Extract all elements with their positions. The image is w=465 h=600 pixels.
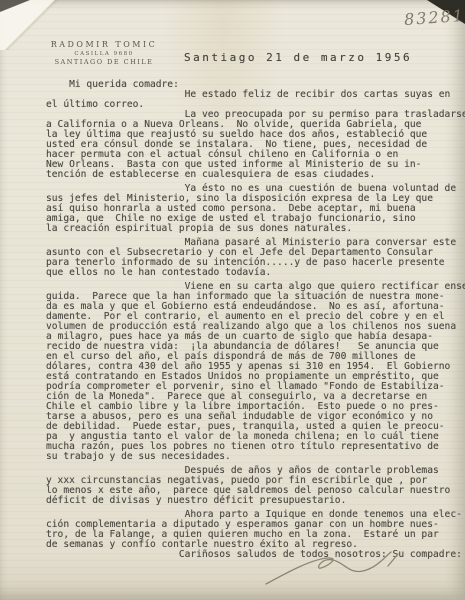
- letter-body: Mi querida comadre: He estado feliz de r…: [46, 80, 463, 560]
- letterhead-address: CASILLA 9680: [44, 51, 164, 57]
- letter-paragraph: Viene en su carta algo que quiero rectif…: [46, 282, 463, 462]
- letter-page: 83281 RADOMIR TOMIC CASILLA 9680 SANTIAG…: [0, 0, 465, 600]
- typewritten-line: tención de establecerse en cualesquiera …: [46, 170, 463, 180]
- typewritten-line: déficit de divisas y nuestro déficit pre…: [46, 496, 463, 506]
- handwritten-signature: [262, 546, 412, 600]
- letter-paragraph: La veo preocupada por su permiso para tr…: [46, 110, 463, 180]
- typewritten-line: que ellos no le han contestado todavía.: [46, 268, 463, 278]
- letter-paragraph: Mañana pasaré al Ministerio para convers…: [46, 238, 463, 278]
- letter-paragraph: Después de años y años de contarle probl…: [46, 466, 463, 506]
- typewritten-line: su trabajo y de sus necesidades.: [46, 452, 463, 462]
- letter-paragraph: Ya ésto no es una cuestión de buena volu…: [46, 184, 463, 234]
- letter-paragraph: Ahora parto a Iquique en donde tenemos u…: [46, 510, 463, 550]
- typewritten-line: la creación espiritual propia de sus don…: [46, 224, 463, 234]
- letterhead-city: SANTIAGO DE CHILE: [44, 58, 164, 66]
- scanned-letter: 83281 RADOMIR TOMIC CASILLA 9680 SANTIAG…: [0, 0, 465, 600]
- archive-number-handwritten: 83281: [403, 6, 465, 29]
- dateline: Santiago 21 de marzo 1956: [184, 51, 412, 64]
- letterhead: RADOMIR TOMIC CASILLA 9680 SANTIAGO DE C…: [44, 40, 164, 66]
- letter-paragraph: Mi querida comadre: He estado feliz de r…: [46, 80, 463, 110]
- letterhead-name: RADOMIR TOMIC: [44, 40, 164, 49]
